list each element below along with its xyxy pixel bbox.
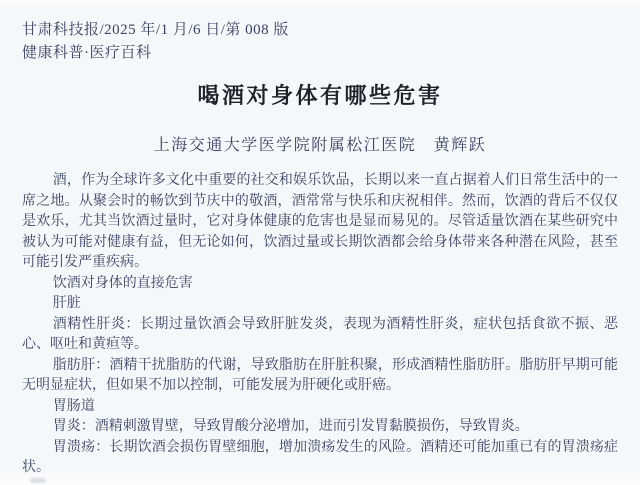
scan-artifact: [30, 478, 46, 483]
article-body: 酒，作为全球许多文化中重要的社交和娱乐饮品，长期以来一直占据着人们日常生活中的一…: [22, 171, 618, 479]
article-subheading-gastrointestinal: 胃肠道: [22, 397, 618, 418]
masthead-publication-date-line: 甘肃科技报/2025 年/1 月/6 日/第 008 版: [22, 19, 289, 42]
masthead-section-line: 健康科普·医疗百科: [22, 42, 289, 65]
article-paragraph-gastric-ulcer: 胃溃疡：长期饮酒会损伤胃壁细胞，增加溃疡发生的风险。酒精还可能加重已有的胃溃疡症…: [22, 438, 618, 479]
article-paragraph-gastritis: 胃炎：酒精刺激胃壁，导致胃酸分泌增加，进而引发胃黏膜损伤，导致胃炎。: [22, 417, 618, 438]
article-byline: 上海交通大学医学院附属松江医院 黄辉跃: [0, 132, 640, 155]
newspaper-article-page: 甘肃科技报/2025 年/1 月/6 日/第 008 版 健康科普·医疗百科 喝…: [0, 0, 640, 485]
article-paragraph-fatty-liver: 脂肪肝：酒精干扰脂肪的代谢，导致脂肪在肝脏积聚，形成酒精性脂肪肝。脂肪肝早期可能…: [22, 356, 618, 397]
article-subheading-liver: 肝脏: [22, 294, 618, 315]
masthead: 甘肃科技报/2025 年/1 月/6 日/第 008 版 健康科普·医疗百科: [22, 19, 289, 65]
article-title: 喝酒对身体有哪些危害: [0, 79, 640, 110]
article-paragraph-intro: 酒，作为全球许多文化中重要的社交和娱乐饮品，长期以来一直占据着人们日常生活中的一…: [22, 171, 618, 274]
article-paragraph-alcoholic-hepatitis: 酒精性肝炎：长期过量饮酒会导致肝脏发炎，表现为酒精性肝炎，症状包括食欲不振、恶心…: [22, 315, 618, 356]
article-subheading-direct-harm: 饮酒对身体的直接危害: [22, 274, 618, 295]
